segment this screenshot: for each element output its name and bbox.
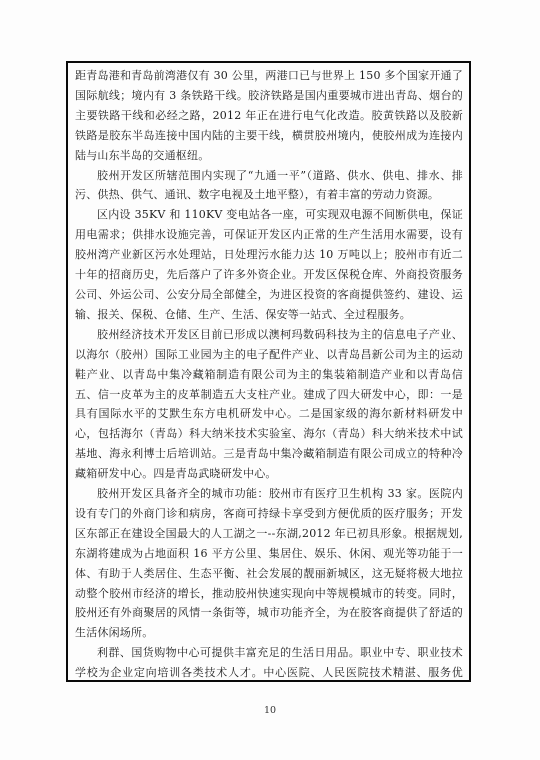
document-page: 距青岛港和青岛前湾港仅有 30 公里，两港口已与世界上 150 多个国家开通了国… (0, 0, 540, 760)
body-paragraph: 胶州开发区具备齐全的城市功能：胶州市有医疗卫生机构 33 家。医院内设有专门的外… (75, 484, 463, 643)
body-paragraph: 区内设 35KV 和 110KV 变电站各一座，可实现双电源不间断供电，保证用电… (75, 205, 463, 324)
body-paragraph: 利群、国货购物中心可提供丰富充足的生活日用品。职业中专、职业技术学校为企业定向培… (75, 643, 463, 682)
bordered-text-box: 距青岛港和青岛前湾港仅有 30 公里，两港口已与世界上 150 多个国家开通了国… (66, 61, 471, 682)
body-paragraph: 胶州经济技术开发区目前已形成以澳柯玛数码科技为主的信息电子产业、以海尔（胶州）国… (75, 325, 463, 484)
body-paragraph: 胶州开发区所辖范围内实现了“九通一平”（道路、供水、供电、排水、排污、供热、供气… (75, 166, 463, 206)
body-paragraph: 距青岛港和青岛前湾港仅有 30 公里，两港口已与世界上 150 多个国家开通了国… (75, 66, 463, 166)
page-number: 10 (0, 705, 540, 716)
